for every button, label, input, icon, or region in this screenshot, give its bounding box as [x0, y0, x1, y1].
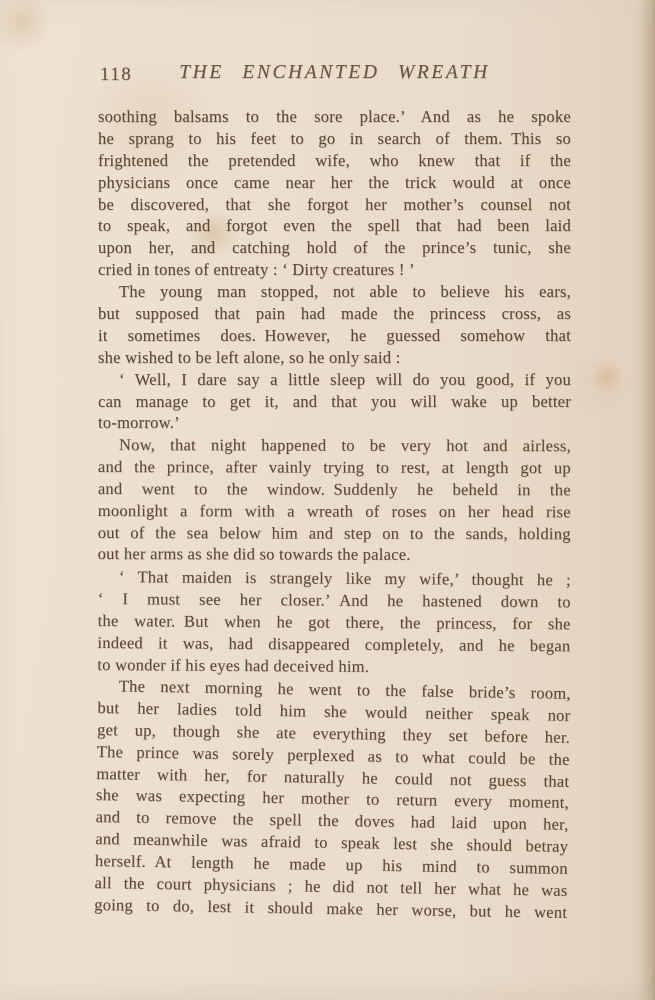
- text-line: indeed it was, had disappeared completel…: [97, 631, 570, 656]
- paragraph: The young man stopped, not able to belie…: [98, 281, 571, 369]
- text-line: he sprang to his feet to go in search of…: [98, 128, 571, 150]
- page-number: 118: [100, 64, 132, 86]
- paragraph: The next morning he went to the false br…: [94, 675, 571, 924]
- text-line: and the prince, after vainly trying to r…: [98, 456, 571, 479]
- text-block: soothing balsams to the sore place.’ And…: [98, 106, 571, 916]
- text-line: ‘ Well, I dare say a little sleep will d…: [98, 369, 571, 391]
- text-line: to wonder if his eyes had deceived him.: [97, 653, 570, 678]
- text-line: it sometimes does. However, he guessed s…: [98, 325, 571, 347]
- text-line: out her arms as she did so towards the p…: [98, 544, 571, 567]
- paragraph: soothing balsams to the sore place.’ And…: [98, 106, 571, 281]
- text-line: frightened the pretended wife, who knew …: [98, 150, 571, 172]
- text-line: upon her, and catching hold of the princ…: [98, 237, 571, 259]
- text-line: be discovered, that she forgot her mothe…: [98, 194, 571, 216]
- text-line: ‘ That maiden is strangely like my wife,…: [98, 566, 571, 591]
- paragraph: Now, that night happened to be very hot …: [98, 434, 571, 567]
- text-line: she wished to be left alone, so he only …: [98, 347, 571, 369]
- text-line: physicians once came near her the trick …: [98, 172, 571, 194]
- text-line: the water. But when he got there, the pr…: [98, 609, 571, 634]
- page-edge-shadow: [639, 0, 655, 1000]
- text-line: and went to the window. Suddenly he behe…: [98, 478, 571, 501]
- foxing-stain: [583, 353, 631, 401]
- text-line: to-morrow.’: [98, 412, 571, 434]
- text-line: to speak, and forgot even the spell that…: [98, 215, 571, 237]
- paragraph: ‘ Well, I dare say a little sleep will d…: [98, 369, 571, 435]
- running-title: THE ENCHANTED WREATH: [98, 62, 571, 84]
- text-line: can manage to get it, and that you will …: [98, 391, 571, 413]
- foxing-stain: [0, 0, 62, 62]
- paragraph: ‘ That maiden is strangely like my wife,…: [97, 566, 571, 679]
- text-line: The young man stopped, not able to belie…: [98, 281, 571, 303]
- text-line: moonlight a form with a wreath of roses …: [98, 500, 571, 523]
- text-line: Now, that night happened to be very hot …: [98, 434, 571, 457]
- text-line: cried in tones of entreaty : ‘ Dirty cre…: [98, 259, 571, 281]
- text-line: but supposed that pain had made the prin…: [98, 303, 571, 325]
- text-line: ‘ I must see her closer.’ And he hastene…: [98, 588, 571, 613]
- book-page: 118 THE ENCHANTED WREATH soothing balsam…: [0, 0, 655, 1000]
- text-line: out of the sea below him and step on to …: [98, 522, 571, 545]
- page-header: 118 THE ENCHANTED WREATH: [98, 62, 571, 90]
- text-line: soothing balsams to the sore place.’ And…: [98, 106, 571, 128]
